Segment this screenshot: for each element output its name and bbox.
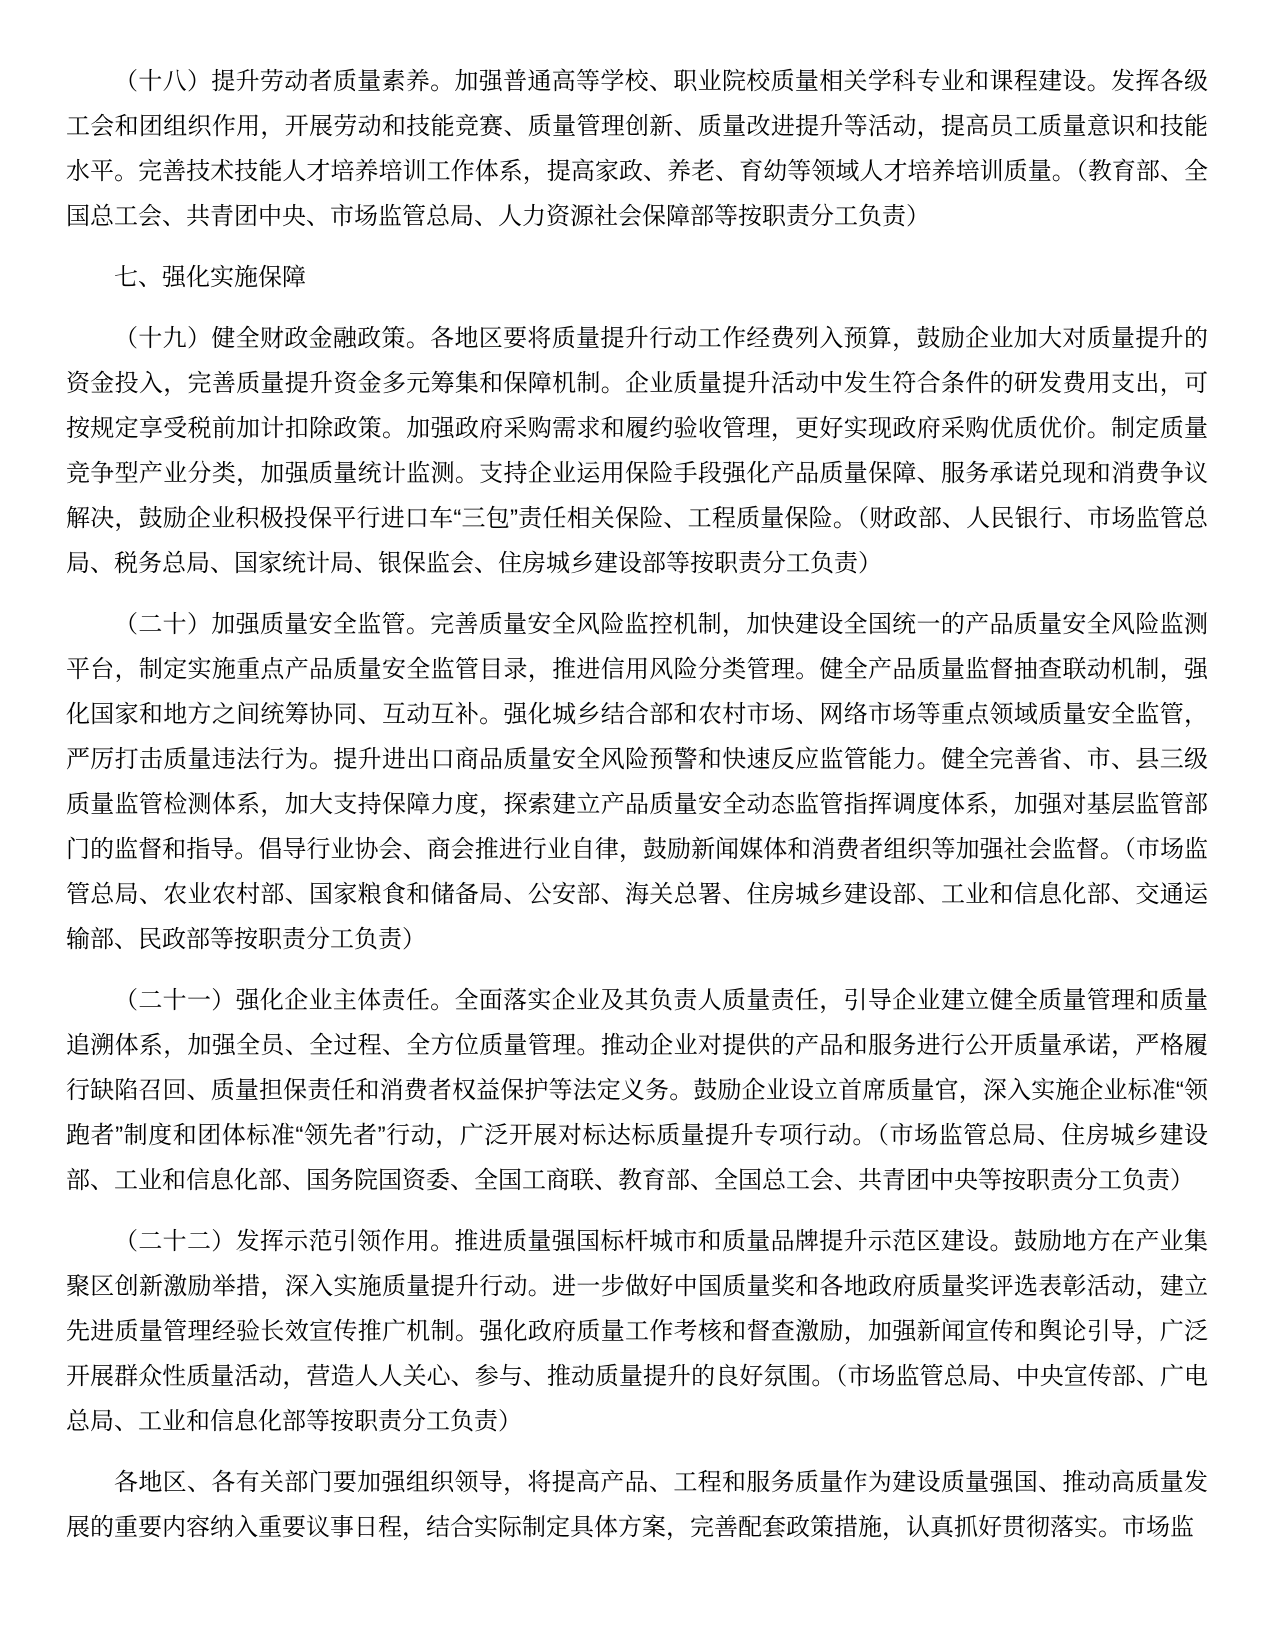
document-page: （十八）提升劳动者质量素养。加强普通高等学校、职业院校质量相关学科专业和课程建设… <box>0 0 1275 1650</box>
paragraph-item-18: （十八）提升劳动者质量素养。加强普通高等学校、职业院校质量相关学科专业和课程建设… <box>66 59 1208 239</box>
section-heading-7: 七、强化实施保障 <box>66 255 1208 300</box>
paragraph-item-21: （二十一）强化企业主体责任。全面落实企业及其负责人质量责任，引导企业建立健全质量… <box>66 978 1208 1203</box>
paragraph-closing: 各地区、各有关部门要加强组织领导，将提高产品、工程和服务质量作为建设质量强国、推… <box>66 1460 1208 1550</box>
paragraph-item-20: （二十）加强质量安全监管。完善质量安全风险监控机制，加快建设全国统一的产品质量安… <box>66 602 1208 962</box>
paragraph-item-19: （十九）健全财政金融政策。各地区要将质量提升行动工作经费列入预算，鼓励企业加大对… <box>66 316 1208 586</box>
paragraph-item-22: （二十二）发挥示范引领作用。推进质量强国标杆城市和质量品牌提升示范区建设。鼓励地… <box>66 1219 1208 1444</box>
